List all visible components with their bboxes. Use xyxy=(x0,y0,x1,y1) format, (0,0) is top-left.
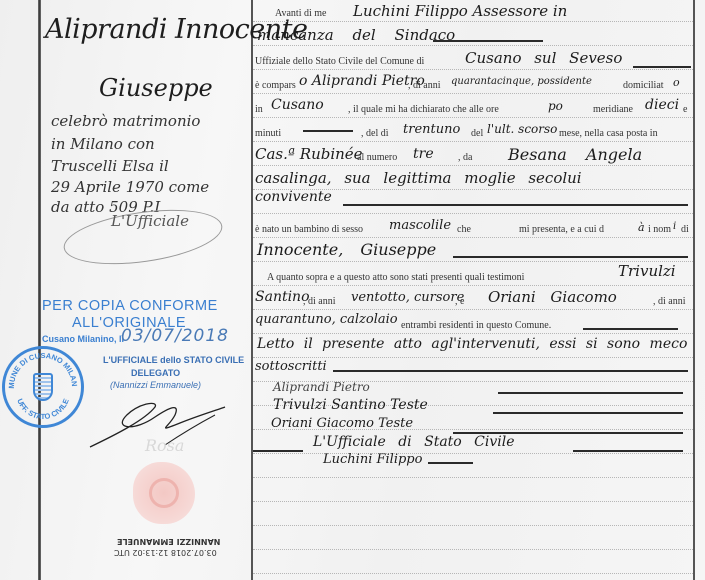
act-printed-text: domiciliat xyxy=(623,80,664,91)
seal-signer-name: NANNIZZI EMMANUELE xyxy=(117,537,220,546)
act-handwritten-text: à xyxy=(638,221,645,234)
act-handwritten-text: Cusano xyxy=(271,97,324,113)
digital-signature-seal xyxy=(133,462,195,524)
ruled-line xyxy=(253,528,693,550)
act-handwritten-text: l'ult. scorso xyxy=(487,122,557,136)
act-handwritten-text: i xyxy=(673,221,676,232)
act-handwritten-text: Trivulzi xyxy=(618,262,676,280)
signature-father: Aliprandi Pietro xyxy=(273,380,370,394)
act-printed-text: , da xyxy=(458,152,472,163)
act-printed-text: , di anni xyxy=(303,296,336,307)
signature-official-name: Luchini Filippo xyxy=(323,452,422,467)
act-handwritten-text: trentuno xyxy=(403,122,460,137)
bleed-through-text: Rosa xyxy=(145,436,184,455)
right-border-rule xyxy=(693,0,695,580)
signature-witness-2: Oriani Giacomo Teste xyxy=(271,416,413,431)
act-printed-text: Uffiziale dello Stato Civile del Comune … xyxy=(255,56,424,67)
act-handwritten-text: casalinga, sua legittima moglie secolui xyxy=(255,169,582,187)
stamp-line-copia-conforme: PER COPIA CONFORME xyxy=(42,298,218,314)
act-printed-text: , il quale mi ha dichiarato che alle ore xyxy=(348,104,499,115)
act-printed-text: , e xyxy=(455,296,464,307)
act-printed-text: che xyxy=(457,224,471,235)
fill-stroke xyxy=(343,204,688,206)
fill-stroke xyxy=(583,328,678,330)
act-printed-text: mese, nella casa posta in xyxy=(559,128,658,139)
act-handwritten-text: quarantuno, calzolaio xyxy=(255,312,398,327)
act-handwritten-text: po xyxy=(548,99,563,113)
fill-stroke xyxy=(633,66,691,68)
fill-stroke xyxy=(453,256,688,258)
stamp-officer-role: DELEGATO xyxy=(131,368,180,378)
act-handwritten-text: sottoscritti xyxy=(255,359,327,374)
act-printed-text: minuti xyxy=(255,128,281,139)
stamp-place-prefix: Cusano Milanino, lì xyxy=(42,334,124,344)
act-printed-text: meridiane xyxy=(593,104,633,115)
act-printed-text: , di anni xyxy=(408,80,441,91)
act-printed-text: i nom xyxy=(648,224,671,235)
seal-emblem-icon xyxy=(149,478,179,508)
margin-given-name: Giuseppe xyxy=(99,74,213,102)
act-handwritten-text: dieci xyxy=(645,97,679,113)
margin-note-line: 29 Aprile 1970 come xyxy=(51,178,209,196)
act-handwritten-text: ventotto, cursore xyxy=(351,290,464,305)
fill-stroke xyxy=(333,370,688,372)
margin-note-line: Truscelli Elsa il xyxy=(51,157,169,175)
fill-stroke xyxy=(433,40,543,42)
act-handwritten-text: o Aliprandi Pietro xyxy=(299,73,425,89)
act-handwritten-text: Oriani Giacomo xyxy=(488,288,617,306)
fill-stroke xyxy=(253,450,303,452)
act-handwritten-text: Santino xyxy=(255,289,310,305)
margin-official-signature: L'Ufficiale xyxy=(111,212,189,230)
act-printed-text: al numero xyxy=(357,152,397,163)
act-handwritten-text: o xyxy=(673,76,680,89)
ruled-line xyxy=(253,456,693,478)
act-handwritten-text: Letto il presente atto agl'intervenuti, … xyxy=(257,336,687,352)
act-printed-text: mi presenta, e a cui d xyxy=(519,224,604,235)
act-handwritten-text: Luchini Filippo Assessore in xyxy=(353,2,567,20)
act-handwritten-text: mancanza del Sindaco xyxy=(257,26,455,44)
fill-stroke xyxy=(498,392,683,394)
seal-timestamp: 03.07.2018 12:13:02 UTC xyxy=(114,548,217,557)
fill-stroke xyxy=(573,450,683,452)
act-printed-text: A quanto sopra e a questo atto sono stat… xyxy=(267,272,524,283)
act-handwritten-text: Cusano sul Seveso xyxy=(465,49,622,67)
fill-stroke xyxy=(303,130,353,132)
signature-witness-1: Trivulzi Santino Teste xyxy=(273,397,428,413)
act-handwritten-text: convivente xyxy=(255,189,332,205)
ruled-line xyxy=(253,504,693,526)
act-printed-text: è nato un bambino di sesso xyxy=(255,224,363,235)
stamp-officer-title: L'UFFICIALE dello STATO CIVILE xyxy=(103,355,244,365)
margin-note-line: in Milano con xyxy=(51,135,155,153)
stamp-officer-name: (Nannizzi Emmanuele) xyxy=(110,380,201,390)
margin-note-line: celebrò matrimonio xyxy=(51,112,200,130)
act-printed-text: entrambi residenti in questo Comune. xyxy=(401,320,551,331)
act-column: Avanti di me Luchini Filippo Assessore i… xyxy=(253,0,693,580)
ruled-line xyxy=(253,480,693,502)
coat-of-arms-icon xyxy=(33,373,53,401)
act-handwritten-text: mascolile xyxy=(389,218,451,233)
act-printed-text: di xyxy=(681,224,689,235)
stamp-date: 03/07/2018 xyxy=(121,326,229,346)
fill-stroke xyxy=(428,462,473,464)
act-handwritten-text: tre xyxy=(413,146,434,162)
act-printed-text: Avanti di me xyxy=(275,8,326,19)
municipal-round-stamp: COMUNE DI CUSANO MILANINO UFF. STATO CIV… xyxy=(2,346,84,428)
document-page: Aliprandi Innocente Giuseppe celebrò mat… xyxy=(0,0,705,580)
act-printed-text: , del dì xyxy=(361,128,389,139)
act-printed-text: e xyxy=(683,104,687,115)
ruled-line xyxy=(253,552,693,574)
act-printed-text: , di anni xyxy=(653,296,686,307)
fill-stroke xyxy=(493,412,683,414)
act-printed-text: del xyxy=(471,128,483,139)
act-handwritten-text: Besana Angela xyxy=(508,145,642,164)
act-handwritten-text: Innocente, Giuseppe xyxy=(257,240,436,259)
act-handwritten-text: Cas.ª Rubinée xyxy=(255,145,363,163)
act-printed-text: è compars xyxy=(255,80,296,91)
signature-official-title: L'Ufficiale di Stato Civile xyxy=(313,434,515,450)
act-printed-text: in xyxy=(255,104,263,115)
act-handwritten-text: quarantacinque, possidente xyxy=(451,76,592,87)
